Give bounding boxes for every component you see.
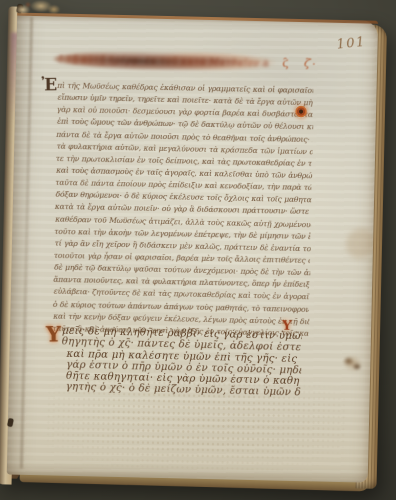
ink-stain [339, 352, 365, 375]
parchment-page: 101 † τῇ αὐτῇ ἡμέρᾳ· ἐκ τοῦ κατὰ Ματθαῖο… [7, 13, 378, 483]
rubric-flourish-icon: ϛ̑ [281, 56, 289, 70]
corner-damage-fray [12, 0, 64, 19]
folio-number: 101 [336, 35, 367, 53]
ink-stain [346, 228, 375, 259]
drop-cap-initial-upsilon: Υ [46, 321, 61, 346]
rubric-heading: † τῇ αὐτῇ ἡμέρᾳ· ἐκ τοῦ κατὰ Ματθαῖον ἁγ… [54, 51, 316, 75]
gutter-crease [20, 17, 33, 469]
rubric-smudge [54, 49, 278, 72]
manuscript-codex: 101 † τῇ αὐτῇ ἡμέρᾳ· ἐκ τοῦ κατὰ Ματθαῖο… [0, 4, 392, 495]
commentary-text-block: πὶ τῆς Μωϋσέως καθέδρας ἐκάθισαν οἱ γραμ… [52, 80, 313, 340]
photograph-background: 101 † τῇ αὐτῇ ἡμέρᾳ· ἐκ τοῦ κατὰ Ματθαῖο… [0, 0, 396, 500]
margin-lection-mark-icon: Υ [282, 319, 292, 334]
drop-cap-initial: Ἐ [41, 75, 57, 95]
rubric-flourish-icon: ζ· [303, 56, 318, 71]
lection-text-block: μεῖς δὲ μὴ κληθῆτε ῥαββί· εἷς γάρ ἐστιν … [61, 326, 302, 399]
